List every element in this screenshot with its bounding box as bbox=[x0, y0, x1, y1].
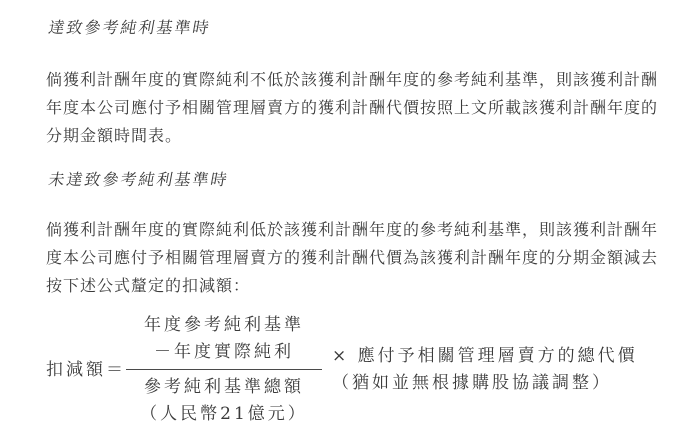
formula-denominator-line1: 參考純利基準總額 bbox=[140, 374, 308, 401]
paragraph-benchmark-not-met: 倘獲利計酬年度的實際純利低於該獲利計酬年度的參考純利基準，則該獲利計酬年 度本公… bbox=[46, 216, 670, 300]
formula-fraction: 年度參考純利基準 －年度實際純利 參考純利基準總額 （人民幣21億元） bbox=[126, 312, 322, 428]
formula-numerator-line1: 年度參考純利基準 bbox=[144, 312, 304, 339]
deduction-formula: 扣減額＝ 年度參考純利基準 －年度實際純利 參考純利基準總額 （人民幣21億元）… bbox=[46, 312, 658, 428]
section-heading-benchmark-not-met: 未達致參考純利基準時 bbox=[46, 166, 663, 194]
formula-numerator: 年度參考純利基準 －年度實際純利 bbox=[126, 312, 322, 370]
section-heading-benchmark-met: 達致參考純利基準時 bbox=[46, 14, 663, 42]
document-page: 達致參考純利基準時 倘獲利計酬年度的實際純利不低於該獲利計酬年度的參考純利基準，… bbox=[0, 0, 700, 436]
formula-lhs-label: 扣減額＝ bbox=[46, 357, 126, 384]
formula-numerator-line2: －年度實際純利 bbox=[144, 339, 304, 366]
formula-denominator: 參考純利基準總額 （人民幣21億元） bbox=[140, 370, 308, 428]
formula-multiplier-line1: × 應付予相關管理層賣方的總代價 bbox=[332, 343, 638, 370]
formula-denominator-line2: （人民幣21億元） bbox=[140, 401, 308, 428]
formula-multiplier-line2: （猶如並無根據購股協議調整） bbox=[332, 370, 638, 397]
paragraph-benchmark-met: 倘獲利計酬年度的實際純利不低於該獲利計酬年度的參考純利基準，則該獲利計酬 年度本… bbox=[46, 66, 670, 150]
formula-multiplier: × 應付予相關管理層賣方的總代價 （猶如並無根據購股協議調整） bbox=[332, 343, 638, 397]
